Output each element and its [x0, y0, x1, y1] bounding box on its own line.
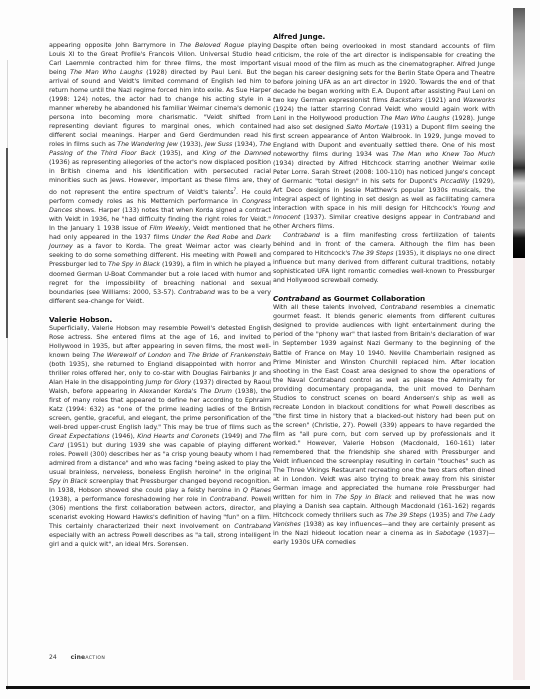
bottom-rule [6, 686, 530, 689]
film-title: The Wandering Jew [117, 141, 178, 148]
heading-rest: as Gourmet Collaboration [320, 294, 425, 303]
film-title: Contraband [210, 496, 247, 503]
film-title: Contraband [178, 289, 215, 296]
film-title: The Man Who Laughs [70, 69, 142, 76]
logo-action: ACTION [85, 656, 105, 661]
page-footer: 24 cineACTION [49, 654, 105, 661]
film-title: Film Weekly [150, 225, 189, 232]
junge-paragraph: Despite often being overlooked in most s… [273, 42, 495, 231]
film-title: Great Expectations [49, 433, 109, 440]
page-edge-shadow [6, 148, 8, 338]
film-title: Contraband [380, 304, 417, 311]
film-title: The 39 Steps [385, 512, 427, 519]
film-title: Salto Mortale [346, 124, 388, 131]
film-title: The Spy in Black [108, 261, 160, 268]
film-title: Dark Journey [49, 234, 271, 250]
film-title: King of the Damned [202, 150, 271, 157]
right-column: Alfred Junge. Despite often being overlo… [273, 32, 495, 547]
gourmet-paragraph: With all these talents involved, Contrab… [273, 303, 495, 546]
film-title: The Man who Knew Too Much [392, 151, 495, 158]
footnote-marker: 7 [234, 187, 237, 192]
section-heading-valerie-hobson: Valerie Hobson. [49, 315, 271, 325]
film-title: The Spy in Black [335, 494, 391, 501]
film-title: The Werewolf of London [93, 352, 171, 359]
film-title: Waxworks [463, 97, 495, 104]
film-title: Jump for Glory [146, 379, 191, 386]
film-title: Backstairs [390, 97, 422, 104]
film-title: The Bride of Frankenstein [188, 352, 271, 359]
film-title: Under the Red Robe [172, 234, 239, 241]
left-column: appearing opposite John Barrymore in The… [49, 41, 271, 549]
film-title: Spy in Black [49, 478, 87, 485]
film-title: Contraband [443, 214, 480, 221]
section-heading-gourmet-collaboration: Contraband as Gourmet Collaboration [273, 294, 495, 304]
film-title: Contraband [283, 232, 320, 239]
film-title: The Drum [200, 388, 232, 395]
fertilization-paragraph: Contraband is a film manifesting cross f… [273, 231, 495, 285]
film-title: Piccadilly [440, 178, 469, 185]
page-number: 24 [49, 654, 57, 661]
heading-film-title: Contraband [273, 294, 320, 303]
section-heading-alfred-junge: Alfred Junge. [273, 32, 495, 42]
logo-cine: cine [71, 654, 86, 661]
facing-page-photo-edge [513, 8, 525, 258]
film-title: Kind Hearts and Coronets [137, 433, 219, 440]
film-title: The Beloved Rogue [180, 42, 245, 49]
intro-paragraph: appearing opposite John Barrymore in The… [49, 41, 271, 306]
film-title: The 39 Steps [352, 250, 393, 257]
film-title: Q Planes [243, 487, 271, 494]
film-title: Sabotage [435, 530, 465, 537]
film-title: The Lady Vanishes [273, 512, 495, 528]
magazine-logo: cineACTION [71, 654, 106, 661]
hobson-paragraph: Superficially, Valerie Hobson may resemb… [49, 324, 271, 549]
film-title: Contraband [234, 523, 271, 530]
film-title: Jew Suss [205, 141, 232, 148]
film-title: The Man Who Laughs [381, 115, 450, 122]
magazine-page: appearing opposite John Barrymore in The… [0, 0, 540, 699]
film-title: Congress Dances [49, 198, 271, 214]
